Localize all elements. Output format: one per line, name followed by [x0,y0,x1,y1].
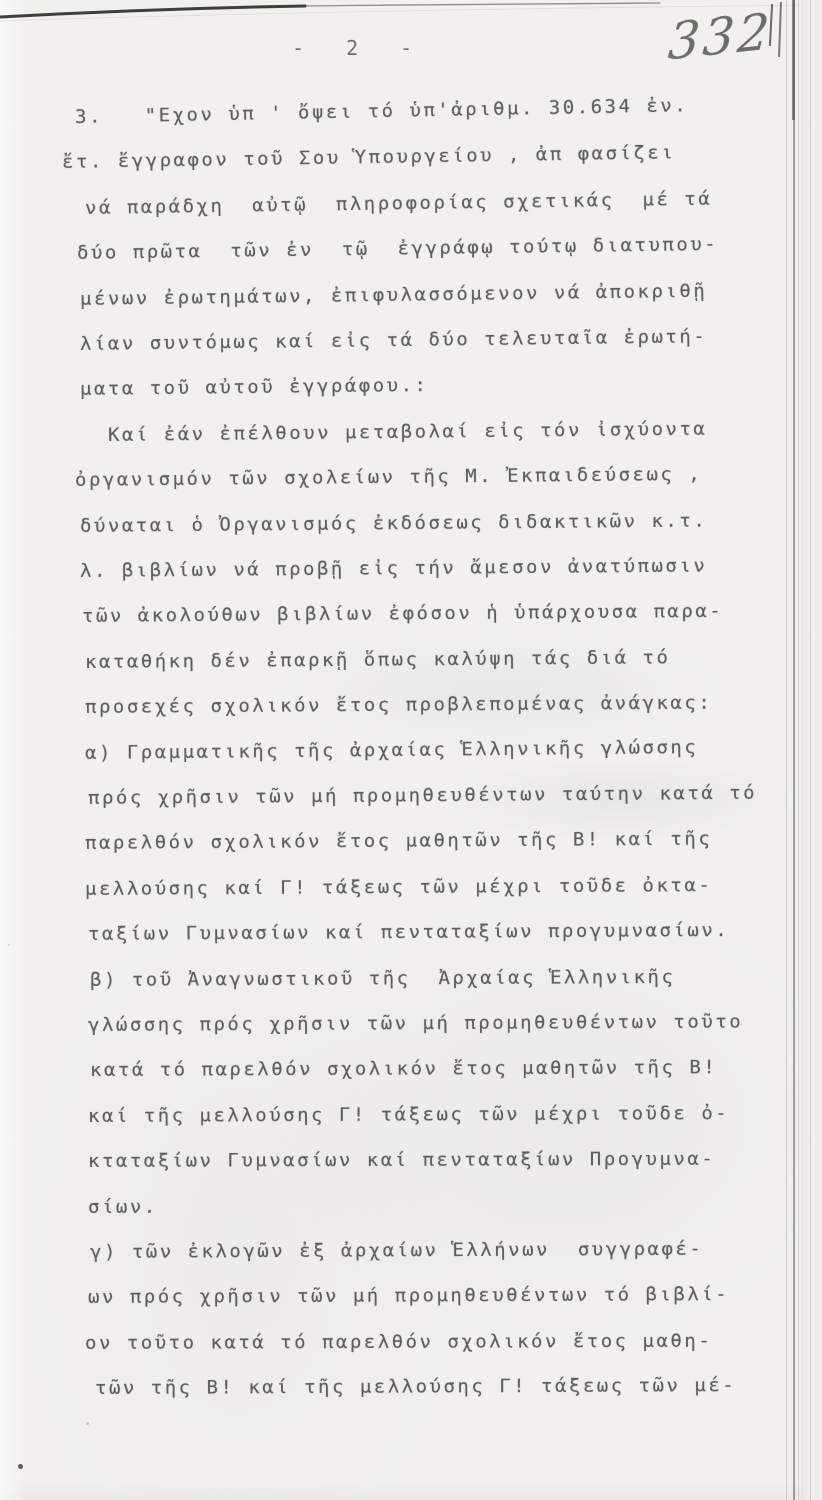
document-line: λίαν συντόμως καί εἰς τά δύο τελευταῖα ἐ… [80,325,707,355]
ink-dot [18,1464,23,1469]
document-line: ων πρός χρῆσιν τῶν μή προμηθευθέντων τό … [88,1284,729,1309]
document-line: γ) τῶν ἐκλογῶν ἐξ ἀρχαίων Ἑλλήνων συγγρα… [90,1238,703,1263]
document-line: λ. βιβλίων νά προβῇ εἰς τήν ἄμεσον ἀνατύ… [80,555,707,582]
document-line: δύο πρῶτα τῶν ἐν τῷ ἐγγράφῳ τούτῳ διατυπ… [77,233,718,264]
document-line: ματα τοῦ αὐτοῦ ἐγγράφου.: [80,374,429,400]
document-line: ἔτ. ἔγγραφον τοῦ Σου Ὑπουργείου , ἀπ φασ… [62,142,676,174]
document-line: τῶν τῆς Β! καί τῆς μελλούσης Γ! τάξεως τ… [95,1374,736,1399]
page-edge-line [786,0,787,1500]
document-line: προσεχές σχολικόν ἔτος προβλεπομένας ἀνά… [85,692,712,718]
document-line: δύναται ὁ Ὀργανισμός ἐκδόσεως διδακτικῶν… [80,509,707,536]
document-line: νά παράδχη αὐτῷ πληροφορίας σχετικάς μέ … [85,187,713,218]
page-edge-line [793,0,795,1500]
document-line: μένων ἐρωτημάτων, ἐπιφυλασσόμενον νά ἀπο… [80,279,707,309]
document-line: τῶν ἀκολούθων βιβλίων ἐφόσον ἡ ὑπάρχουσα… [82,600,723,627]
paper-speck [86,1422,89,1425]
document-line: σίων. [88,1195,158,1217]
document-line: γλώσσης πρός χρῆσιν τῶν μή προμηθευθέντω… [88,1011,743,1036]
document-line: καταθήκη δέν ἐπαρκῇ ὅπως καλύψη τάς διά … [85,646,671,673]
page-edge-line [798,0,799,1500]
document-line: ὀργανισμόν τῶν σχολείων τῆς Μ. Ἐκπαιδεύσ… [75,463,702,491]
document-line: καί τῆς μελλούσης Γ! τάξεως τῶν μέχρι το… [88,1102,729,1127]
document-line: πρός χρῆσιν τῶν μή προμηθευθέντων ταύτην… [88,782,757,809]
document-line: κατά τό παρελθόν σχολικόν ἔτος μαθητῶν τ… [90,1057,717,1082]
document-line: μελλούσης καί Γ! τάξεως τῶν μέχρι τοῦδε … [85,874,712,900]
adjacent-pages-edge [801,0,822,1500]
page-number: - 2 - [292,36,414,60]
document-line: κταταξίων Γυμνασίων καί πενταταξίων Προγ… [88,1148,715,1172]
scanned-document-page: 332 - 2 - 3. "Εχον ὑπ ' ὄψει τό ὑπ'ἀριθμ… [0,0,822,1500]
paper-speck [8,944,10,946]
document-line: ον τοῦτο κατά τό παρελθόν σχολικόν ἔτος … [85,1330,712,1354]
document-line: α) Γραμματικῆς τῆς ἀρχαίας Ἑλληνικῆς γλώ… [85,736,699,764]
document-line: παρελθόν σχολικόν ἔτος μαθητῶν τῆς Β! κα… [85,828,712,854]
page-edge-line [810,0,811,1500]
document-line: 3. "Εχον ὑπ ' ὄψει τό ὑπ'ἀριθμ. 30.634 ἐ… [75,94,689,128]
edge-mark [792,0,795,120]
document-line: Καί ἐάν ἐπέλθουν μεταβολαί εἰς τόν ἰσχύο… [108,418,708,446]
document-line: ταξίων Γυμνασίων καί πενταταξίων προγυμν… [88,919,729,945]
handwritten-page-number: 332 [666,2,774,72]
document-line: β) τοῦ Ἀναγνωστικοῦ τῆς Ἀρχαίας Ἑλληνικῆ… [90,966,676,991]
